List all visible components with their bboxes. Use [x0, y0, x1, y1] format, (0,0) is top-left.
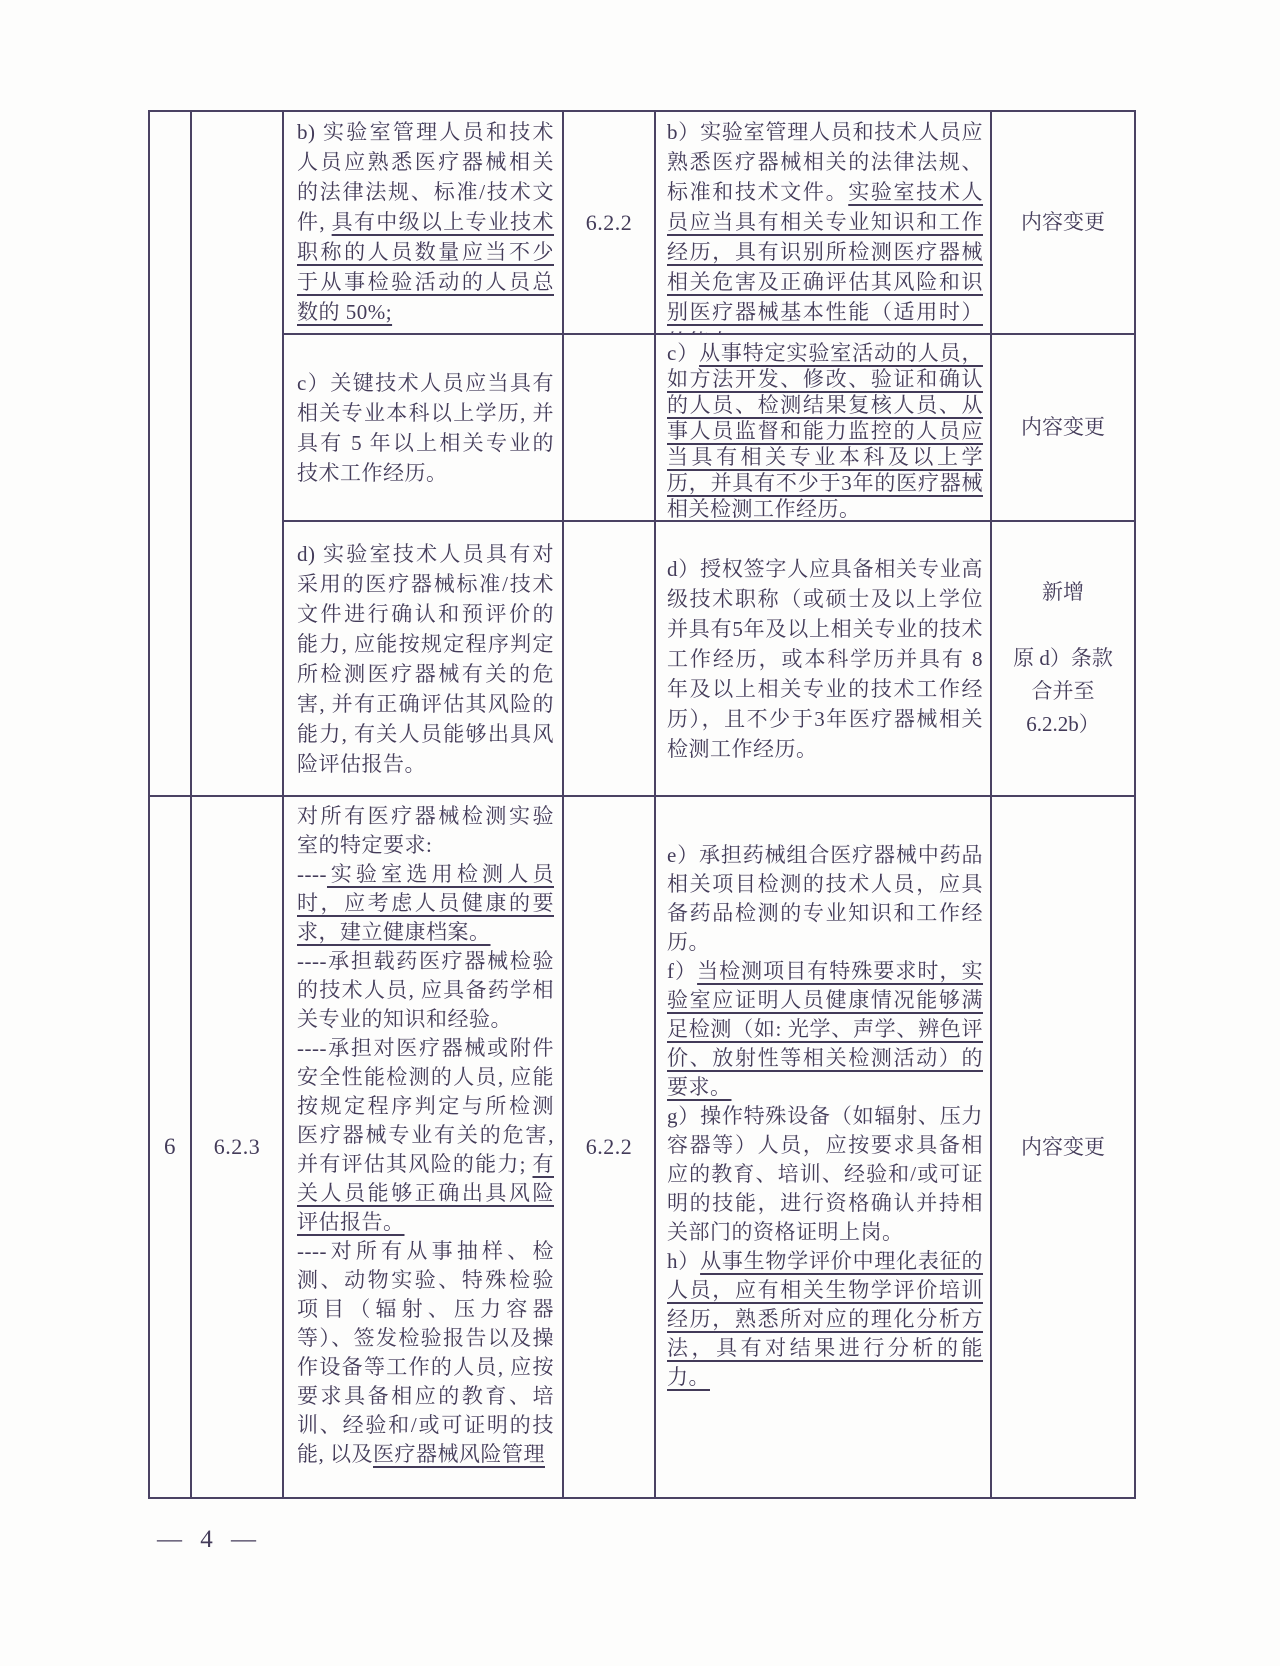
row-d-old-text: d) 实验室技术人员具有对采用的医疗器械标准/技术文件进行确认和预评价的能力, …: [284, 534, 562, 784]
row-c-status: 内容变更: [1021, 411, 1105, 444]
main-row-old-text-cell: 对所有医疗器械检测实验室的特定要求:----实验室选用检测人员时，应考虑人员健康…: [284, 797, 564, 1497]
row-b-new-text-cell: b）实验室管理人员和技术人员应熟悉医疗器械相关的法律法规、标准和技术文件。实验室…: [656, 112, 992, 335]
row-b-new-clause: 6.2.2: [586, 210, 633, 236]
main-row-old-clause: 6.2.3: [214, 1134, 261, 1160]
row-d-new-text: d）授权签字人应具备相关专业高级技术职称（或硕士及以上学位并具有5年及以上相关专…: [656, 549, 990, 769]
row-d-new-text-cell: d）授权签字人应具备相关专业高级技术职称（或硕士及以上学位并具有5年及以上相关专…: [656, 522, 992, 797]
row-b-status-cell: 内容变更: [992, 112, 1134, 335]
main-row-old-text: 对所有医疗器械检测实验室的特定要求:----实验室选用检测人员时，应考虑人员健康…: [284, 797, 562, 1474]
serial-cell-empty: [150, 112, 192, 797]
page-number: — 4 —: [157, 1526, 262, 1554]
main-row-status: 内容变更: [1021, 1131, 1105, 1164]
row-b-old-text-cell: b) 实验室管理人员和技术人员应熟悉医疗器械相关的法律法规、标准/技术文件, 具…: [284, 112, 564, 335]
row-b-new-text: b）实验室管理人员和技术人员应熟悉医疗器械相关的法律法规、标准和技术文件。实验室…: [656, 112, 990, 335]
row-b-status: 内容变更: [1021, 206, 1105, 239]
row-b-old-text: b) 实验室管理人员和技术人员应熟悉医疗器械相关的法律法规、标准/技术文件, 具…: [284, 112, 562, 332]
main-row-new-text-cell: e）承担药械组合医疗器械中药品相关项目检测的技术人员，应具备药品检测的专业知识和…: [656, 797, 992, 1497]
main-row-new-clause: 6.2.2: [586, 1134, 633, 1160]
old-clause-cell-empty: [192, 112, 284, 797]
row-c-status-cell: 内容变更: [992, 335, 1134, 522]
row-d-status-cell: 新增 原 d）条款合并至6.2.2b）: [992, 522, 1134, 797]
scanned-document-page: b) 实验室管理人员和技术人员应熟悉医疗器械相关的法律法规、标准/技术文件, 具…: [0, 0, 1280, 1666]
main-row-new-clause-cell: 6.2.2: [564, 797, 656, 1497]
main-row-new-text: e）承担药械组合医疗器械中药品相关项目检测的技术人员，应具备药品检测的专业知识和…: [656, 797, 990, 1397]
main-row-serial-cell: 6: [150, 797, 192, 1497]
row-c-old-text: c）关键技术人员应当具有相关专业本科以上学历, 并具有 5 年以上相关专业的技术…: [284, 363, 562, 493]
main-row-serial: 6: [164, 1134, 176, 1160]
row-c-old-text-cell: c）关键技术人员应当具有相关专业本科以上学历, 并具有 5 年以上相关专业的技术…: [284, 335, 564, 522]
row-b-new-clause-cell: 6.2.2: [564, 112, 656, 335]
main-row-old-clause-cell: 6.2.3: [192, 797, 284, 1497]
main-row-status-cell: 内容变更: [992, 797, 1134, 1497]
row-d-status: 新增 原 d）条款合并至6.2.2b）: [1013, 576, 1113, 741]
row-c-new-clause-cell: [564, 335, 656, 522]
row-c-new-text: c）从事特定实验室活动的人员，如方法开发、修改、验证和确认的人员、检测结果复核人…: [656, 335, 990, 522]
row-d-old-text-cell: d) 实验室技术人员具有对采用的医疗器械标准/技术文件进行确认和预评价的能力, …: [284, 522, 564, 797]
clause-comparison-table: b) 实验室管理人员和技术人员应熟悉医疗器械相关的法律法规、标准/技术文件, 具…: [148, 110, 1136, 1499]
row-c-new-text-cell: c）从事特定实验室活动的人员，如方法开发、修改、验证和确认的人员、检测结果复核人…: [656, 335, 992, 522]
row-d-new-clause-cell: [564, 522, 656, 797]
